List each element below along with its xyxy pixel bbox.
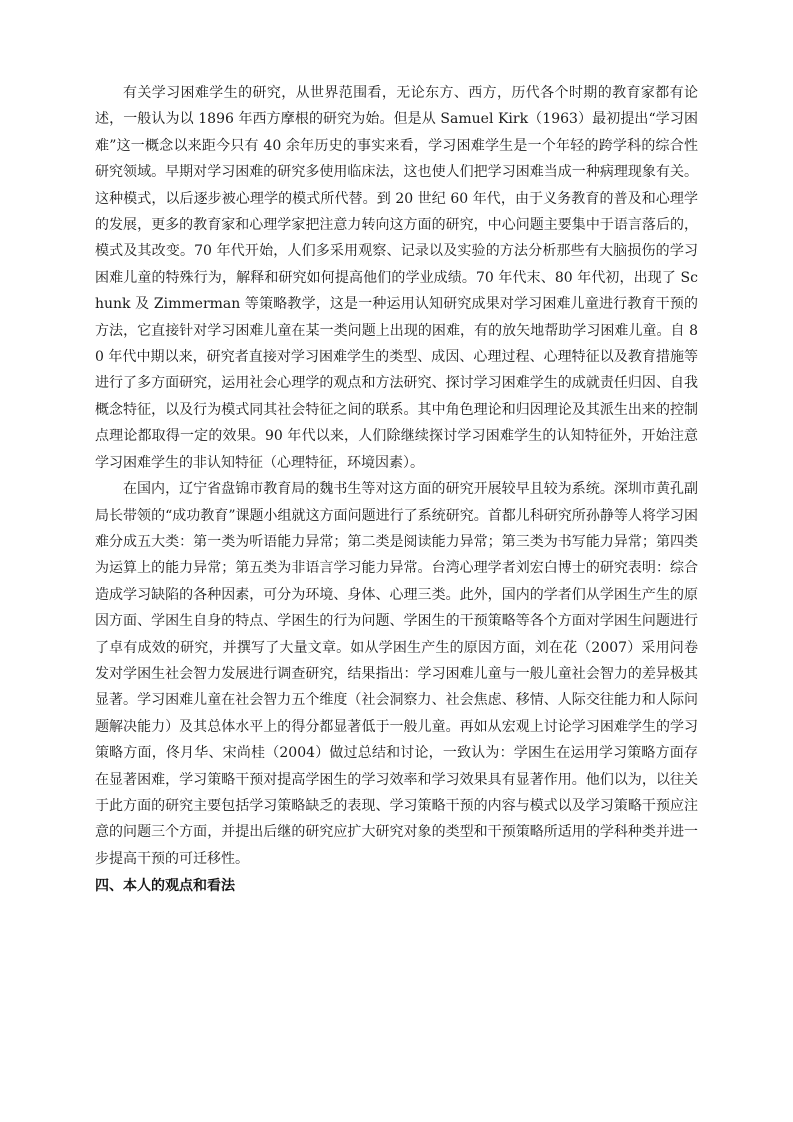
document-page: 有关学习困难学生的研究，从世界范围看，无论东方、西方，历代各个时期的教育家都有论… <box>95 80 698 899</box>
section-heading: 四、本人的观点和看法 <box>95 873 698 899</box>
paragraph-research-domestic: 在国内，辽宁省盘锦市教育局的魏书生等对这方面的研究开展较早且较为系统。深圳市黄孔… <box>95 476 698 872</box>
paragraph-research-history-abroad: 有关学习困难学生的研究，从世界范围看，无论东方、西方，历代各个时期的教育家都有论… <box>95 80 698 476</box>
